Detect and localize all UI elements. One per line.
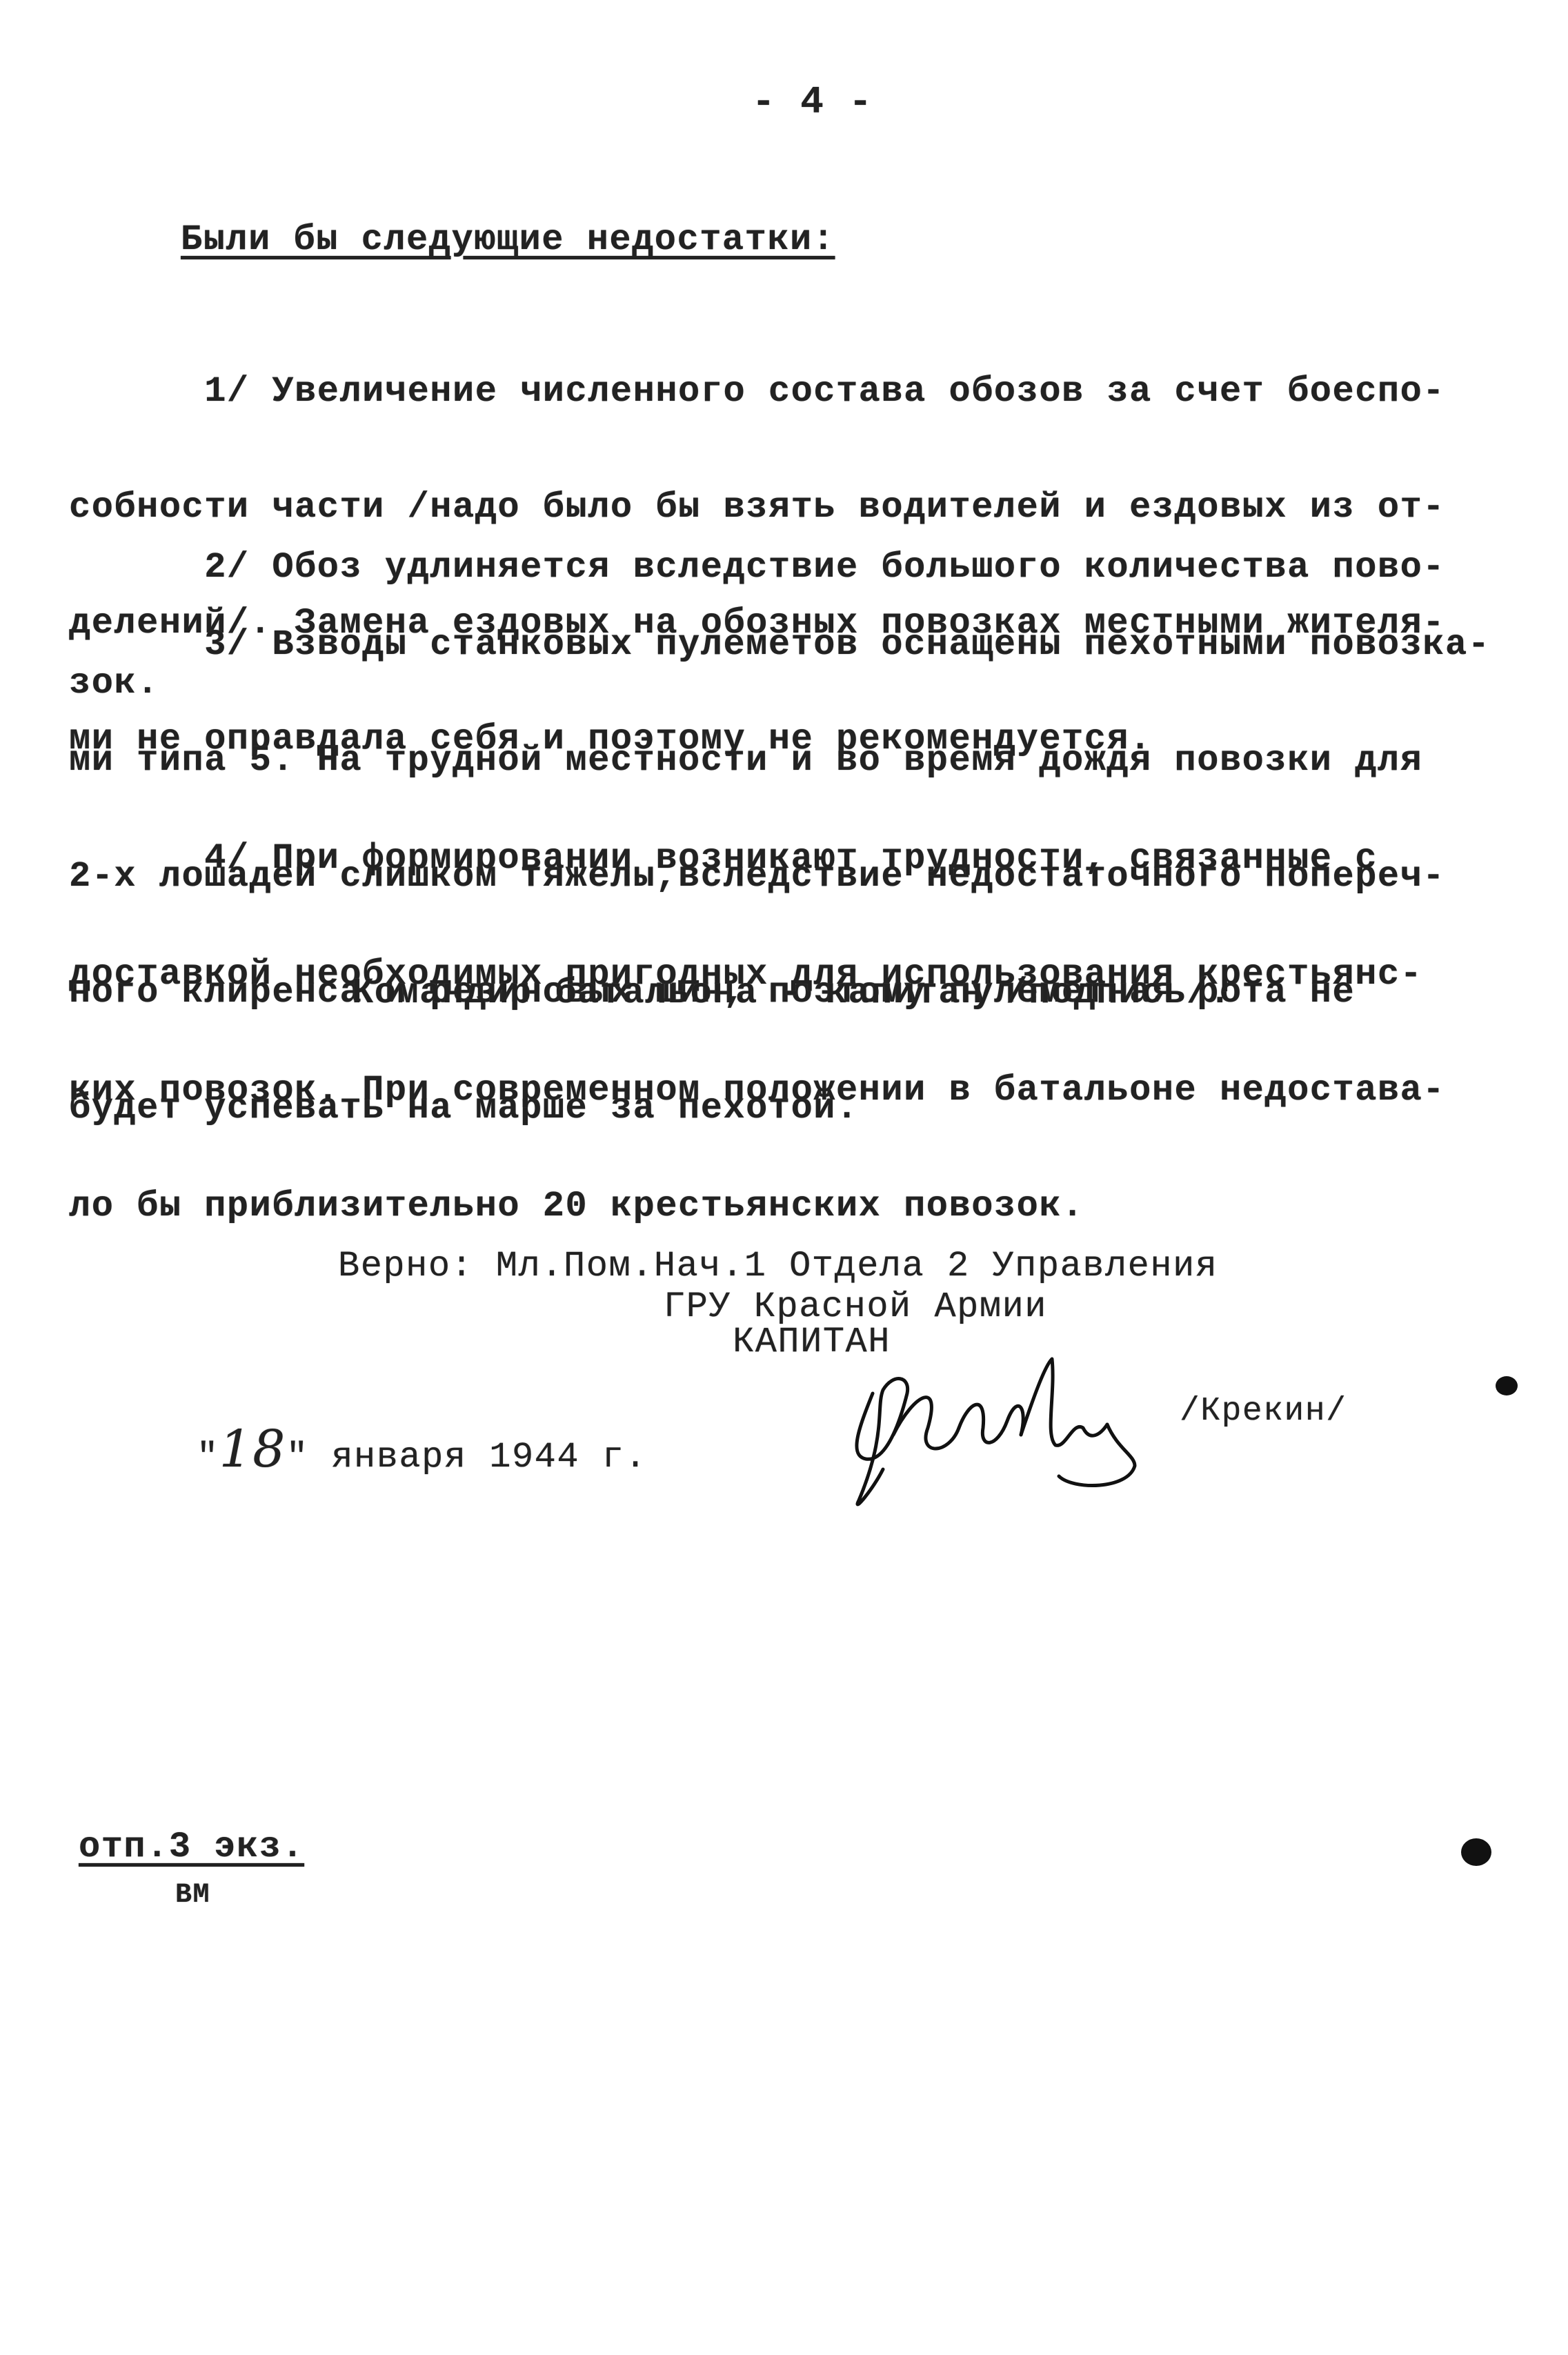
certification-line-2: ГРУ Красной Армии xyxy=(664,1288,1047,1326)
paragraph-4: 4/ При формировании возникают трудности,… xyxy=(69,762,1445,1303)
ink-blot-icon xyxy=(1496,1376,1518,1395)
typist-initials: ВМ xyxy=(175,1876,210,1915)
signature-name: /Крекин/ xyxy=(1180,1392,1347,1431)
text-line: ло бы приблизительно 20 крестьянских пов… xyxy=(69,1187,1445,1226)
text-line: 1/ Увеличение численного состава обозов … xyxy=(69,372,1445,411)
date-open-quote: " xyxy=(197,1437,219,1478)
handwritten-signature-icon xyxy=(845,1352,1204,1511)
date-day-handwritten: 18 xyxy=(219,1420,286,1479)
document-date: "18" января 1944 г. xyxy=(197,1430,647,1477)
text-line: ких повозок. При современном положении в… xyxy=(69,1071,1445,1110)
page-number: - 4 - xyxy=(752,83,873,121)
certification-line-1: Верно: Мл.Пом.Нач.1 Отдела 2 Управления xyxy=(338,1247,1218,1286)
date-close-quote: " xyxy=(286,1437,309,1478)
text-line: 3/ Взводы станковых пулеметов оснащены п… xyxy=(69,626,1490,664)
text-line: 4/ При формировании возникают трудности,… xyxy=(69,839,1445,878)
ink-blot-icon xyxy=(1461,1838,1491,1866)
date-rest: января 1944 г. xyxy=(309,1437,648,1478)
commander-signature-line: Командир батальона - капитан /подпись/. xyxy=(352,974,1232,1013)
document-page: - 4 - Были бы следующие недостатки: 1/ У… xyxy=(0,0,1568,2355)
section-heading: Были бы следующие недостатки: xyxy=(181,221,835,259)
copies-note: отп.3 экз. xyxy=(79,1828,304,1867)
